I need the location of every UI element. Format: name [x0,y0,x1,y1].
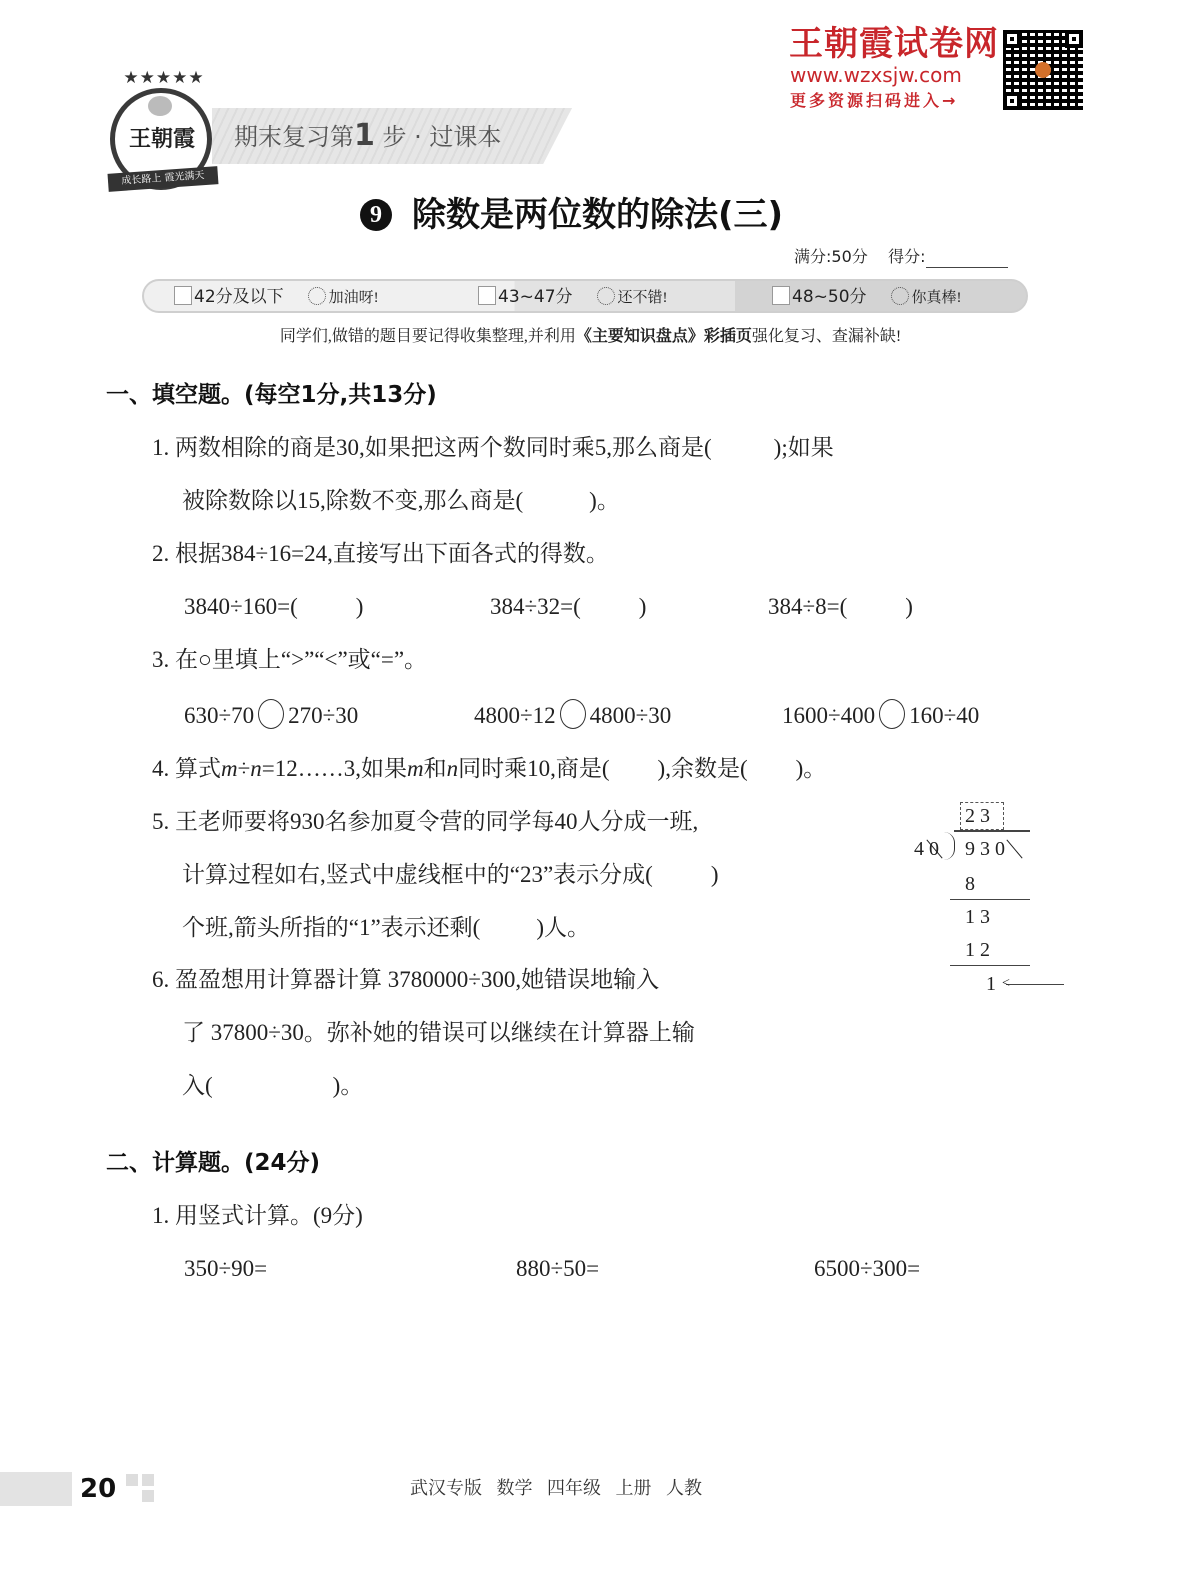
q4-text: 4. 算式 [152,756,221,781]
step-value: 12 [965,939,995,961]
brand-url[interactable]: www.wzxsjw.com [790,63,962,87]
compare-circle-input[interactable] [879,699,905,729]
footer-decoration [142,1474,154,1486]
step-suffix: 步 · 过课本 [383,123,502,151]
tip-after: 强化复习、查漏补缺! [752,328,901,345]
tip-highlight: 《主要知识盘点》彩插页 [576,326,752,345]
score-input[interactable] [926,251,1008,268]
qr-center-logo-icon [1035,62,1051,78]
question-1-line-1: 1. 两数相除的商是30,如果把这两个数同时乘5,那么商是();如果 [152,433,834,463]
qr-finder-icon [1065,30,1083,48]
q4-text: 和 [424,756,447,781]
question-3-stem: 3. 在○里填上“>”“<”或“=”。 [152,645,427,675]
question-2-stem: 2. 根据384÷16=24,直接写出下面各式的得数。 [152,539,609,569]
arrowhead-icon: < [1002,977,1010,991]
remainder: 1 [986,973,1001,995]
var-n: n [250,756,262,781]
q1-text: 被除数除以15,除数不变,那么商是( [182,488,523,513]
compare-left: 1600÷400 [782,703,875,728]
calc-item: 880÷50= [516,1254,599,1284]
question-3-pair: 630÷70270÷30 [184,699,358,731]
section-2-question-1-stem: 1. 用竖式计算。(9分) [152,1201,363,1231]
calc-item: 6500÷300= [814,1254,920,1284]
compare-left: 4800÷12 [474,703,556,728]
q5-text: ) [711,862,719,887]
grade-option: 48~50分你真棒! [772,286,962,309]
brand-more-text: 更多资源扫码进入→ [790,90,958,112]
badge-stars-icon: ★★★★★ [114,68,214,88]
q6-text: 入( [182,1073,213,1098]
q2-expression: 384÷32=( [490,594,581,619]
compare-right: 4800÷30 [590,703,672,728]
calc-item: 350÷90= [184,1254,267,1284]
question-4: 4. 算式m÷n=12……3,如果m和n同时乘10,商是(),余数是()。 [152,754,826,784]
tip-before: 同学们,做错的题目要记得收集整理,并利用 [280,328,576,345]
step-value: 13 [965,906,995,928]
grade-checkbox[interactable] [174,286,192,305]
step-line [950,965,1030,966]
question-3-pair: 1600÷400160÷40 [782,699,979,731]
happy-face-icon [891,287,909,305]
grade-range: 43~47分 [498,287,573,307]
grade-checkbox[interactable] [478,286,496,305]
arrow-left-icon [1006,984,1064,985]
var-n: n [447,756,459,781]
badge-name: 王朝霞 [110,122,214,153]
compare-right: 270÷30 [288,703,358,728]
step-line [950,899,1030,900]
question-2-item: 3840÷160=() [184,592,363,622]
question-6-line-1: 6. 盈盈想用计算器计算 3780000÷300,她错误地输入 [152,965,659,995]
q1-text: 1. 两数相除的商是30,如果把这两个数同时乘5,那么商是( [152,435,712,460]
qr-finder-icon [1003,92,1021,110]
q4-text: )。 [796,756,827,781]
page-number: 20 [80,1472,116,1506]
qr-code-icon[interactable] [1003,30,1083,110]
question-1-line-2: 被除数除以15,除数不变,那么商是()。 [182,486,620,516]
q1-text: )。 [589,488,620,513]
score-label: 得分: [888,247,925,266]
q4-text: 同时乘10,商是( [458,756,609,781]
grade-option: 42分及以下加油呀! [174,286,379,309]
footer-decoration [142,1490,154,1502]
step-value: 8 [965,873,980,895]
q2-expression: 384÷8=( [768,594,847,619]
q4-text: ÷ [238,756,251,781]
qr-finder-icon [1003,30,1021,48]
compare-circle-input[interactable] [258,699,284,729]
question-3-pair: 4800÷124800÷30 [474,699,671,731]
question-2-item: 384÷32=() [490,592,646,622]
division-bar [954,830,1030,832]
grade-option: 43~47分还不错! [478,286,668,309]
dividend: 930 [965,838,1010,860]
cheer-face-icon [308,287,326,305]
question-5-line-2: 计算过程如右,竖式中虚线框中的“23”表示分成() [182,860,719,890]
section-1-heading: 一、填空题。(每空1分,共13分) [106,380,437,410]
grade-message: 你真棒! [912,290,962,306]
q5-text: 计算过程如右,竖式中虚线框中的“23”表示分成( [182,862,653,887]
q2-close: ) [905,594,913,619]
q4-text: =12……3,如果 [262,756,407,781]
grade-message: 还不错! [618,290,668,306]
question-6-line-2: 了 37800÷30。弥补她的错误可以继续在计算器上输 [182,1018,695,1048]
question-2-item: 384÷8=() [768,592,913,622]
footer-decoration [126,1474,138,1486]
long-division-figure: 23 40 930 8 13 12 1 < [910,800,1070,1000]
grade-range: 48~50分 [792,287,867,307]
q4-text: ),余数是( [658,756,748,781]
step-number: 1 [354,118,375,153]
grade-checkbox[interactable] [772,286,790,305]
q6-text: )。 [333,1073,364,1098]
section-2-heading: 二、计算题。(24分) [106,1148,320,1178]
step-banner: 期末复习第1 步 · 过课本 [234,116,501,157]
question-5-line-3: 个班,箭头所指的“1”表示还剩()人。 [182,913,590,943]
division-bracket [944,832,955,860]
q2-close: ) [639,594,647,619]
tip-text: 同学们,做错的题目要记得收集整理,并利用《主要知识盘点》彩插页强化复习、查漏补缺… [0,324,1181,349]
question-6-line-3: 入()。 [182,1071,363,1101]
grading-bar: 42分及以下加油呀! 43~47分还不错! 48~50分你真棒! [142,279,1028,313]
q2-close: ) [356,594,364,619]
footer-edition-info: 武汉专版 数学 四年级 上册 人教 [410,1476,702,1500]
grade-message: 加油呀! [329,290,379,306]
quotient: 23 [965,805,995,827]
compare-circle-input[interactable] [560,699,586,729]
smile-face-icon [597,287,615,305]
score-line: 满分:50分 得分: [794,246,1008,268]
compare-left: 630÷70 [184,703,254,728]
step-prefix: 期末复习第 [234,123,354,151]
var-m: m [221,756,238,781]
portrait-icon [148,96,172,116]
page-title: 除数是两位数的除法(三) [412,192,783,238]
q1-text: );如果 [774,435,834,460]
full-score: 满分:50分 [794,247,868,266]
question-5-line-1: 5. 王老师要将930名参加夏令营的同学每40人分成一班, [152,807,698,837]
brand-logo-badge: ★★★★★ 王朝霞 成长路上 霞光满天 [106,66,218,190]
q5-text: 个班,箭头所指的“1”表示还剩( [182,915,480,940]
var-m: m [407,756,424,781]
lesson-number-badge: 9 [360,199,392,231]
compare-right: 160÷40 [909,703,979,728]
footer-bar [0,1472,72,1506]
grade-range: 42分及以下 [194,287,284,307]
brand-title: 王朝霞试卷网 [789,24,999,64]
q5-text: )人。 [536,915,590,940]
q2-expression: 3840÷160=( [184,594,298,619]
